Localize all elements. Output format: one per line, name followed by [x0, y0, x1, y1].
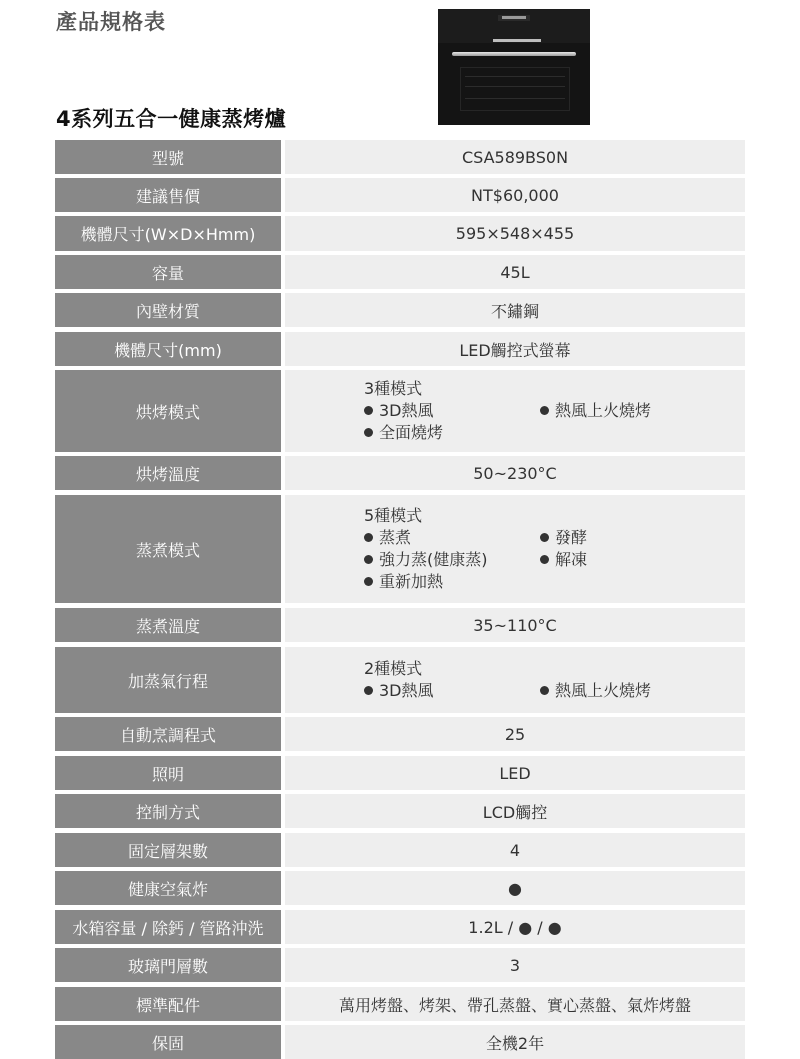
oven-window	[460, 67, 570, 111]
spec-label: 烘烤溫度	[55, 456, 281, 490]
spec-row-air-fry: 健康空氣炸 ●	[55, 871, 745, 905]
spec-row-warranty: 保固 全機2年	[55, 1025, 745, 1059]
spec-row-steam-temp: 蒸煮溫度 35~110°C	[55, 608, 745, 642]
spec-value: 1.2L / ● / ●	[285, 910, 745, 944]
spec-label: 自動烹調程式	[55, 717, 281, 751]
list-item: 重新加熱	[364, 571, 540, 593]
mode-count: 5種模式	[364, 505, 587, 527]
bullet-icon	[364, 555, 373, 564]
spec-label: 水箱容量 / 除鈣 / 管路沖洗	[55, 910, 281, 944]
spec-label: 照明	[55, 756, 281, 790]
spec-row-baking-modes: 烘烤模式 3種模式 3D熱風 熱風上火燒烤 全面燒烤	[55, 370, 745, 452]
spec-value: 3種模式 3D熱風 熱風上火燒烤 全面燒烤	[285, 370, 745, 452]
bullet-icon	[364, 533, 373, 542]
spec-label: 加蒸氣行程	[55, 647, 281, 713]
bullet-icon	[364, 428, 373, 437]
spec-value: 595×548×455	[285, 216, 745, 251]
spec-row-accessories: 標準配件 萬用烤盤、烤架、帶孔蒸盤、實心蒸盤、氣炸烤盤	[55, 987, 745, 1021]
mode-count: 3種模式	[364, 378, 651, 400]
page-title: 產品規格表	[56, 6, 166, 36]
spec-value: 35~110°C	[285, 608, 745, 642]
spec-value: 不鏽鋼	[285, 293, 745, 327]
spec-row-control: 控制方式 LCD觸控	[55, 794, 745, 828]
spec-label: 控制方式	[55, 794, 281, 828]
spec-value: 2種模式 3D熱風 熱風上火燒烤	[285, 647, 745, 713]
spec-row-added-steam: 加蒸氣行程 2種模式 3D熱風 熱風上火燒烤	[55, 647, 745, 713]
spec-value: NT$60,000	[285, 178, 745, 212]
spec-row-model: 型號 CSA589BS0N	[55, 140, 745, 174]
bullet-icon	[364, 686, 373, 695]
spec-row-display: 機體尺寸(mm) LED觸控式螢幕	[55, 332, 745, 366]
list-item: 強力蒸(健康蒸)	[364, 549, 540, 571]
spec-value: CSA589BS0N	[285, 140, 745, 174]
spec-row-interior: 內壁材質 不鏽鋼	[55, 293, 745, 327]
list-item: 蒸煮	[364, 527, 540, 549]
spec-label: 容量	[55, 255, 281, 289]
list-item: 解凍	[540, 549, 587, 571]
list-item: 全面燒烤	[364, 422, 540, 444]
list-item: 熱風上火燒烤	[540, 400, 651, 422]
mode-count: 2種模式	[364, 658, 651, 680]
spec-row-baking-temp: 烘烤溫度 50~230°C	[55, 456, 745, 490]
list-item: 發酵	[540, 527, 587, 549]
bullet-icon	[364, 406, 373, 415]
spec-label: 玻璃門層數	[55, 948, 281, 982]
list-item: 3D熱風	[364, 400, 540, 422]
spec-value: LCD觸控	[285, 794, 745, 828]
product-image	[438, 9, 590, 125]
spec-row-auto-programs: 自動烹調程式 25	[55, 717, 745, 751]
spec-row-price: 建議售價 NT$60,000	[55, 178, 745, 212]
spec-label: 型號	[55, 140, 281, 174]
spec-row-dimensions: 機體尺寸(W×D×Hmm) 595×548×455	[55, 216, 745, 251]
bullet-icon	[364, 577, 373, 586]
spec-label: 健康空氣炸	[55, 871, 281, 905]
spec-label: 機體尺寸(mm)	[55, 332, 281, 366]
oven-display	[498, 15, 530, 21]
spec-row-glass-layers: 玻璃門層數 3	[55, 948, 745, 982]
spec-label: 蒸煮模式	[55, 495, 281, 603]
spec-row-capacity: 容量 45L	[55, 255, 745, 289]
oven-vent	[493, 39, 541, 42]
spec-value: LED	[285, 756, 745, 790]
list-item: 熱風上火燒烤	[540, 680, 651, 702]
spec-value: 45L	[285, 255, 745, 289]
spec-row-shelf-levels: 固定層架數 4	[55, 833, 745, 867]
product-title: 4系列五合一健康蒸烤爐	[56, 103, 286, 133]
spec-label: 內壁材質	[55, 293, 281, 327]
spec-label: 建議售價	[55, 178, 281, 212]
oven-handle	[452, 52, 576, 56]
spec-label: 烘烤模式	[55, 370, 281, 452]
spec-value: 3	[285, 948, 745, 982]
spec-row-water-tank: 水箱容量 / 除鈣 / 管路沖洗 1.2L / ● / ●	[55, 910, 745, 944]
bullet-icon	[540, 686, 549, 695]
spec-label: 固定層架數	[55, 833, 281, 867]
bullet-icon	[540, 533, 549, 542]
spec-value: 5種模式 蒸煮 發酵 強力蒸(健康蒸) 解凍 重新加熱	[285, 495, 745, 603]
spec-row-lighting: 照明 LED	[55, 756, 745, 790]
spec-value: ●	[285, 871, 745, 905]
spec-value: 全機2年	[285, 1025, 745, 1059]
spec-label: 蒸煮溫度	[55, 608, 281, 642]
spec-value: LED觸控式螢幕	[285, 332, 745, 366]
spec-label: 機體尺寸(W×D×Hmm)	[55, 216, 281, 251]
spec-value: 4	[285, 833, 745, 867]
bullet-icon	[540, 555, 549, 564]
spec-label: 標準配件	[55, 987, 281, 1021]
spec-value: 萬用烤盤、烤架、帶孔蒸盤、實心蒸盤、氣炸烤盤	[285, 987, 745, 1021]
spec-label: 保固	[55, 1025, 281, 1059]
spec-row-steam-modes: 蒸煮模式 5種模式 蒸煮 發酵 強力蒸(健康蒸) 解凍 重新加熱	[55, 495, 745, 603]
bullet-icon	[540, 406, 549, 415]
spec-value: 25	[285, 717, 745, 751]
list-item: 3D熱風	[364, 680, 540, 702]
spec-value: 50~230°C	[285, 456, 745, 490]
